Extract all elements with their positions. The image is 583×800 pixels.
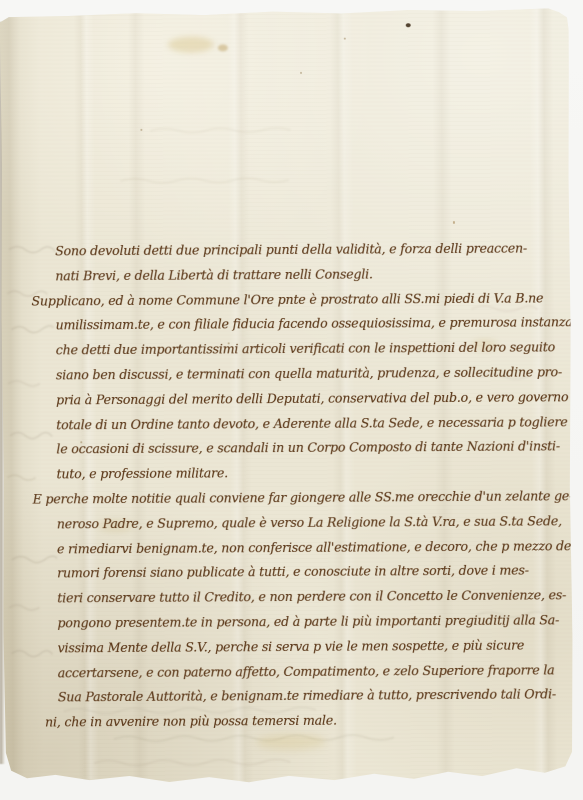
- manuscript-line: e rimediarvi benignam.te, non conferisce…: [57, 534, 569, 562]
- paper-stain: [168, 36, 214, 52]
- paper-stain: [256, 734, 326, 750]
- manuscript-line: umilissimam.te, e con filiale fiducia fa…: [55, 311, 567, 339]
- paper-speck: [140, 129, 142, 131]
- paper-stain: [218, 44, 228, 51]
- manuscript-line: E perche molte notitie quali conviene fa…: [33, 484, 569, 512]
- manuscript-line: Sua Pastorale Auttorità, e benignam.te r…: [58, 683, 570, 711]
- manuscript-line: Sono devoluti detti due principali punti…: [55, 236, 567, 264]
- handwritten-text: Sono devoluti detti due principali punti…: [31, 236, 570, 735]
- ink-speck: [406, 23, 411, 27]
- manuscript-line: siano ben discussi, e terminati con quel…: [56, 360, 568, 388]
- manuscript-line: Supplicano, ed à nome Commune l'Ore pnte…: [31, 286, 567, 314]
- manuscript-line: accertarsene, e con paterno affetto, Com…: [58, 658, 570, 686]
- manuscript-line: rumori forensi siano publicate à tutti, …: [57, 559, 569, 587]
- paper-speck: [300, 72, 302, 74]
- manuscript-line: nati Brevi, e della Libertà di trattare …: [55, 261, 567, 289]
- manuscript-line: le occasioni di scissure, e scandali in …: [56, 435, 568, 463]
- manuscript-line: pria à Personaggi del merito delli Deput…: [56, 385, 568, 413]
- manuscript-line: neroso Padre, e Supremo, quale è verso L…: [57, 509, 569, 537]
- manuscript-line: tuto, e professione militare.: [56, 459, 568, 487]
- manuscript-line: tieri conservare tutto il Credito, e non…: [57, 583, 569, 611]
- scan-background: Sono devoluti detti due principali punti…: [0, 0, 583, 800]
- manuscript-line: ni, che in avvenire non più possa temers…: [45, 707, 570, 735]
- manuscript-line: totale di un Ordine tanto devoto, e Ader…: [56, 410, 568, 438]
- manuscript-line: che detti due importantissimi articoli v…: [56, 335, 568, 363]
- paper-speck: [453, 221, 455, 224]
- manuscript-line: vissima Mente della S.V., perche si serv…: [57, 633, 569, 661]
- paper-speck: [344, 38, 346, 40]
- manuscript-page: Sono devoluti detti due principali punti…: [0, 8, 573, 783]
- manuscript-line: pongono presentem.te in persona, ed à pa…: [57, 608, 569, 636]
